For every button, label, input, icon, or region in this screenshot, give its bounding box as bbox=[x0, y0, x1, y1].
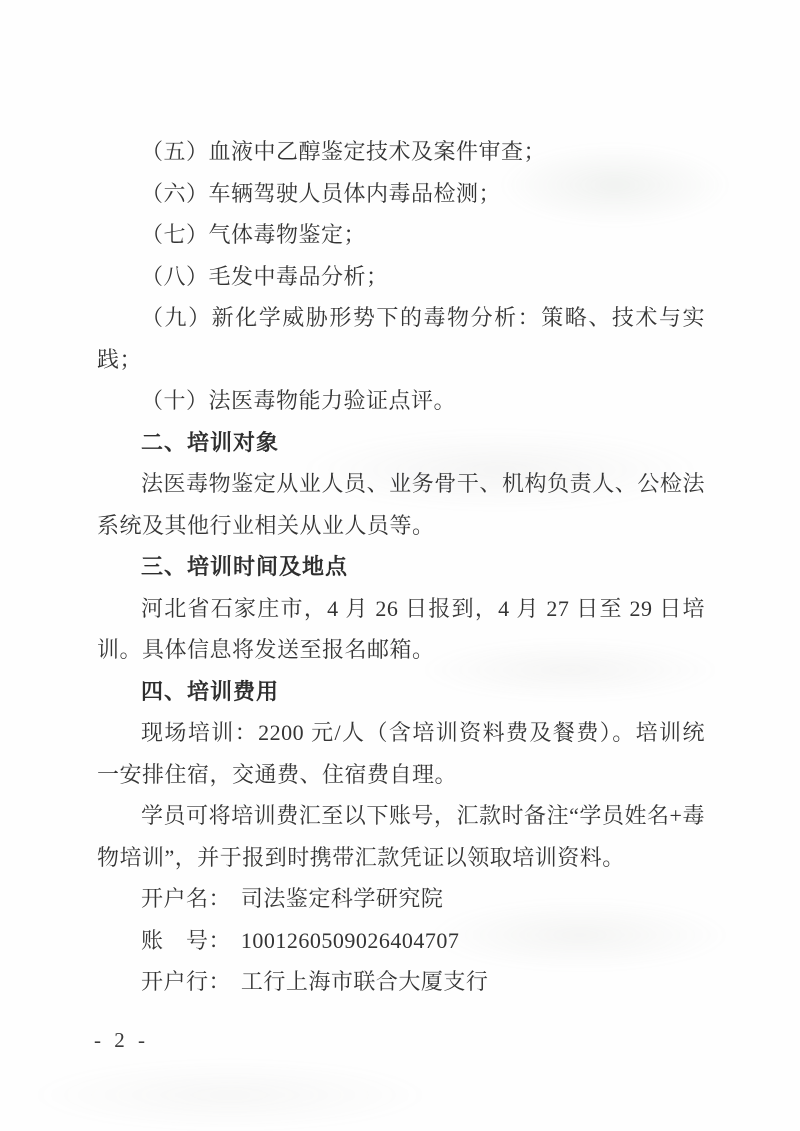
list-item-8: （八）毛发中毒品分析； bbox=[97, 256, 705, 298]
bank-account-name-value: 司法鉴定科学研究院 bbox=[241, 886, 444, 911]
bank-branch-line: 开户行：工行上海市联合大厦支行 bbox=[97, 961, 705, 1003]
list-item-10: （十）法医毒物能力验证点评。 bbox=[97, 380, 705, 422]
bank-branch-label: 开户行： bbox=[141, 969, 231, 994]
list-item-6: （六）车辆驾驶人员体内毒品检测； bbox=[97, 173, 705, 215]
bank-account-number-label: 账 号： bbox=[141, 928, 231, 953]
list-item-9: （九）新化学威胁形势下的毒物分析：策略、技术与实践； bbox=[97, 297, 705, 380]
document-body: （五）血液中乙醇鉴定技术及案件审查； （六）车辆驾驶人员体内毒品检测； （七）气… bbox=[97, 131, 705, 1003]
bank-account-name-line: 开户名：司法鉴定科学研究院 bbox=[97, 878, 705, 920]
bank-account-name-label: 开户名： bbox=[141, 886, 231, 911]
paragraph-fee: 现场培训：2200 元/人（含培训资料费及餐费）。培训统一安排住宿，交通费、住宿… bbox=[97, 712, 705, 795]
section-heading-time-place: 三、培训时间及地点 bbox=[97, 546, 705, 588]
paragraph-payment: 学员可将培训费汇至以下账号，汇款时备注“学员姓名+毒物培训”，并于报到时携带汇款… bbox=[97, 795, 705, 878]
bank-account-number-line: 账 号：1001260509026404707 bbox=[97, 920, 705, 962]
list-item-5: （五）血液中乙醇鉴定技术及案件审查； bbox=[97, 131, 705, 173]
section-heading-training-target: 二、培训对象 bbox=[97, 422, 705, 464]
bank-branch-value: 工行上海市联合大厦支行 bbox=[241, 969, 489, 994]
section-heading-fee: 四、培训费用 bbox=[97, 671, 705, 713]
page-number: - 2 - bbox=[94, 1028, 149, 1053]
paragraph-time-place: 河北省石家庄市，4 月 26 日报到，4 月 27 日至 29 日培训。具体信息… bbox=[97, 588, 705, 671]
paragraph-training-target: 法医毒物鉴定从业人员、业务骨干、机构负责人、公检法系统及其他行业相关从业人员等。 bbox=[97, 463, 705, 546]
bank-account-number-value: 1001260509026404707 bbox=[241, 928, 460, 953]
list-item-7: （七）气体毒物鉴定； bbox=[97, 214, 705, 256]
